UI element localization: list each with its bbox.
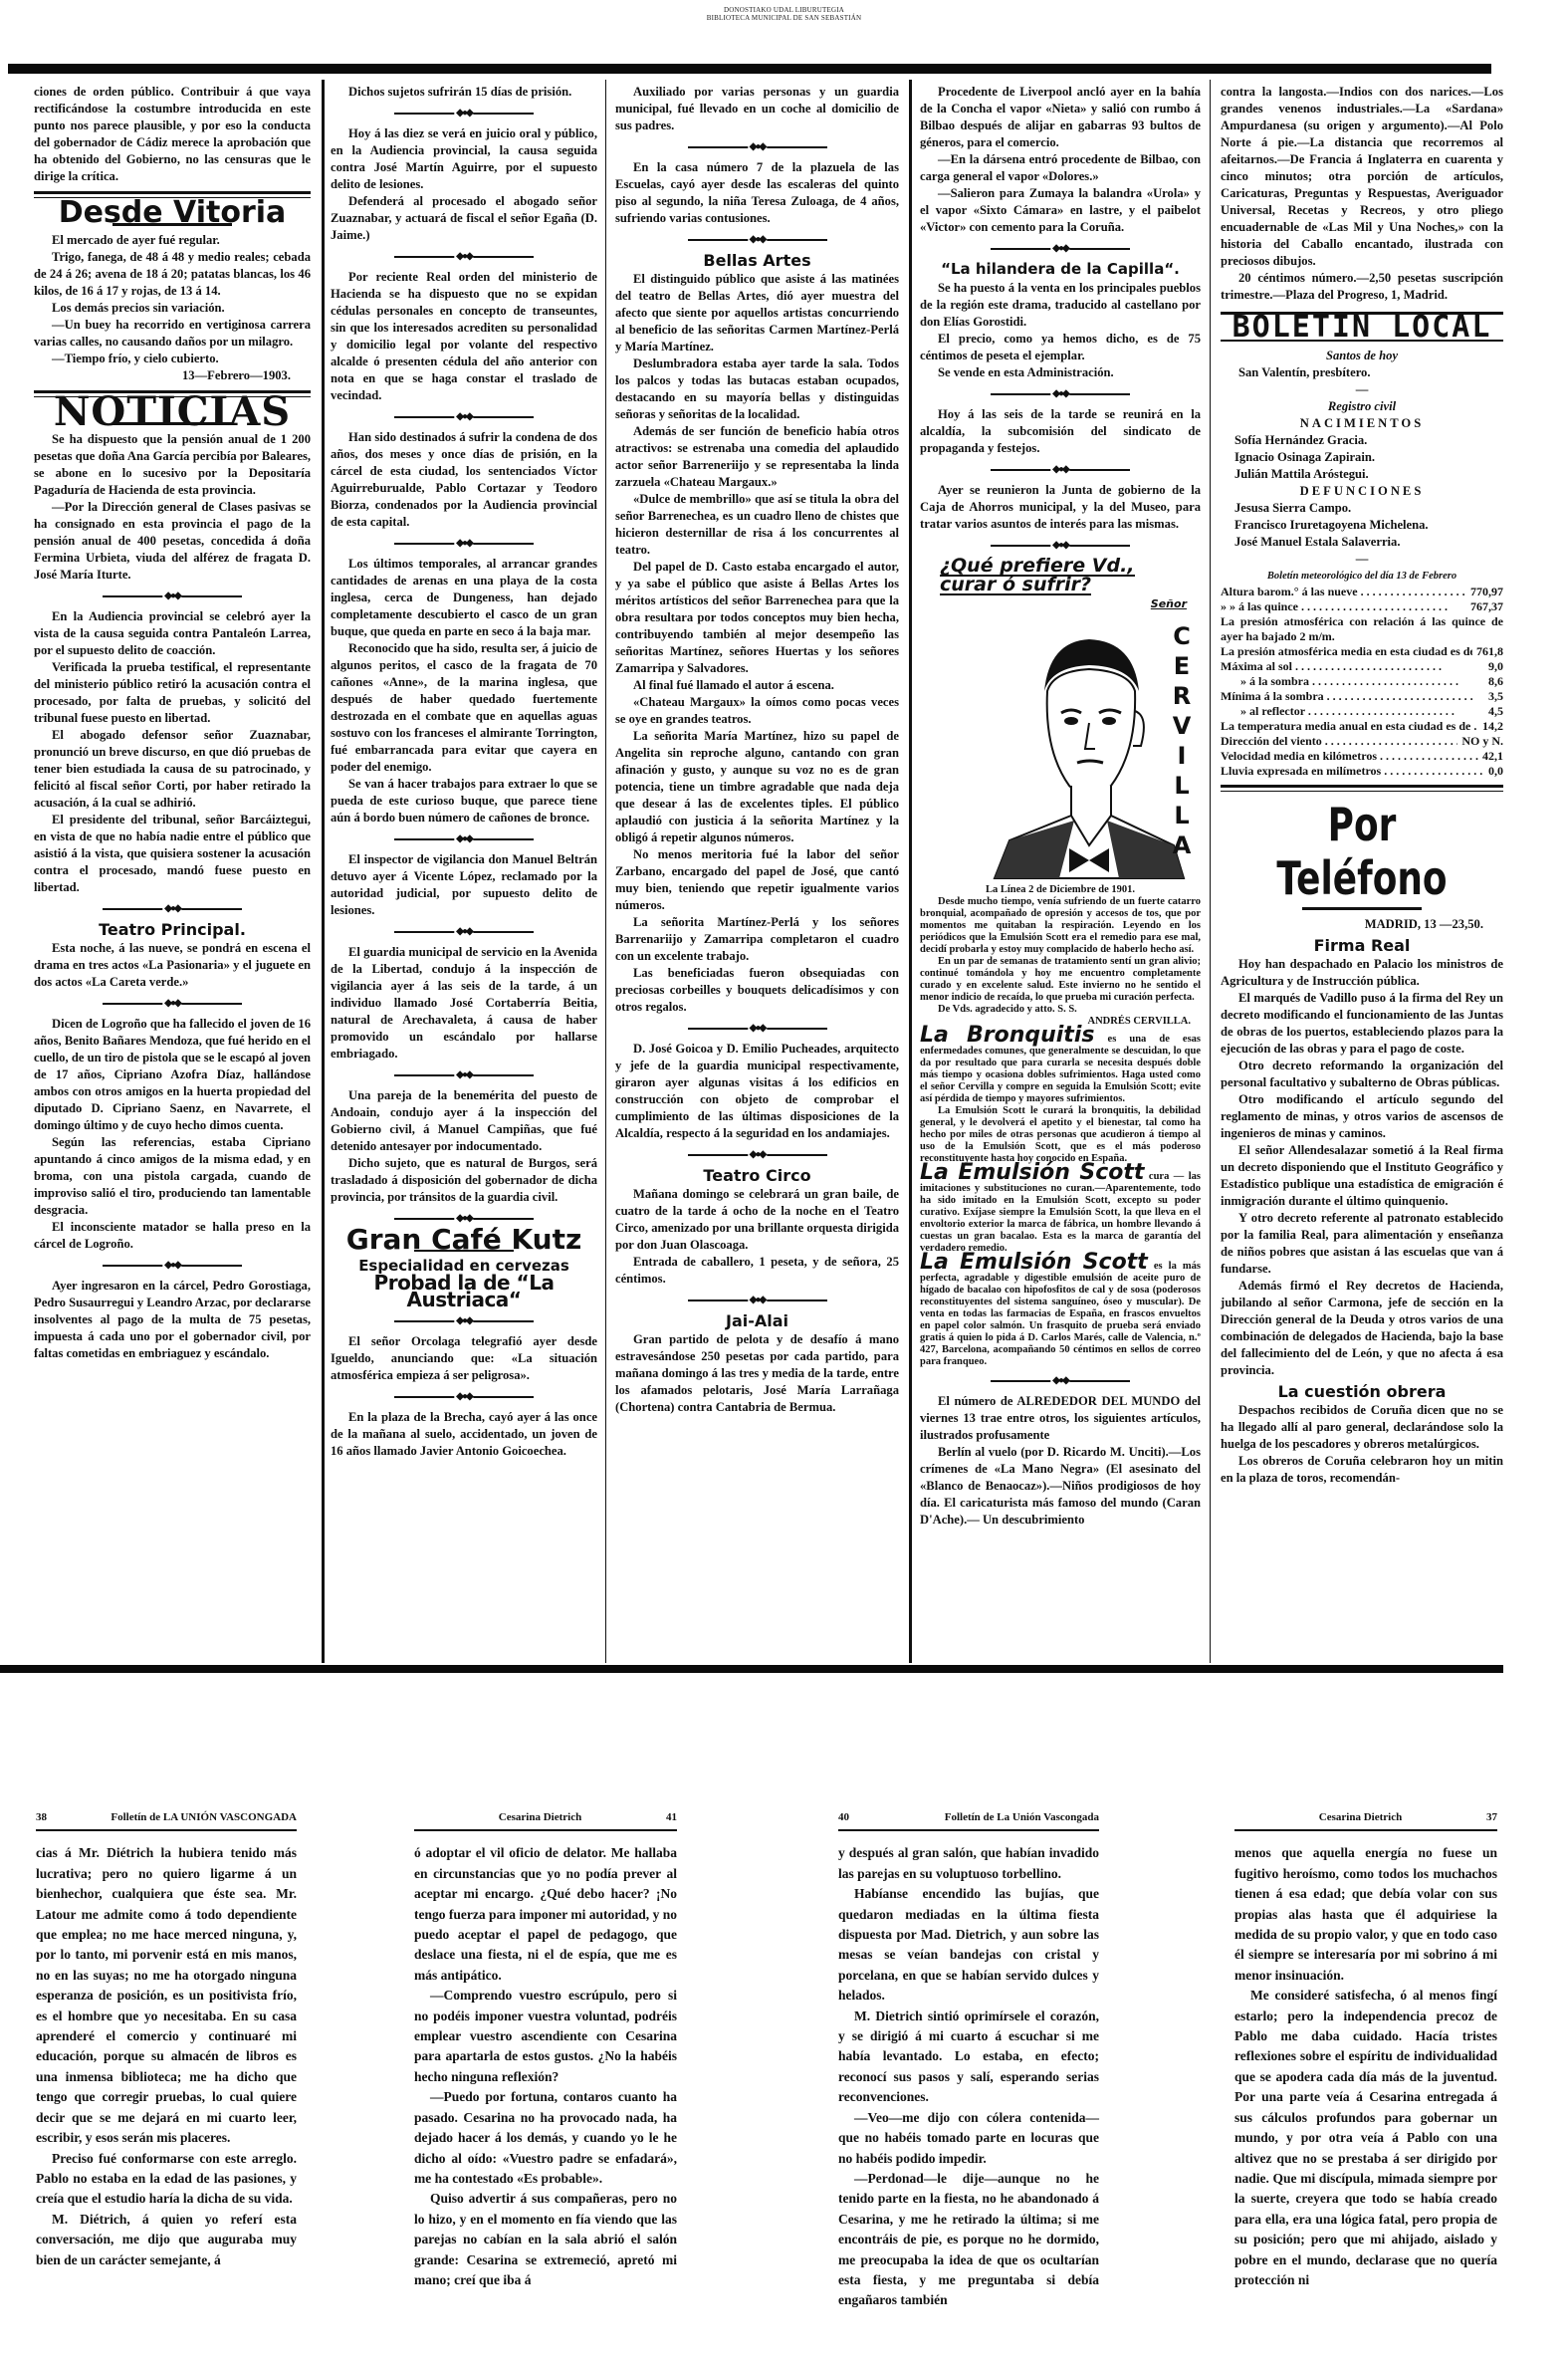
article-text: El distinguido público que asiste á las … [615, 271, 899, 355]
ad-scott-text: La Emulsión Scott le curará la bronquiti… [920, 1105, 1201, 1165]
column-5: contra la langosta.—Indios con dos naric… [1221, 84, 1503, 1487]
article-text: Dicho sujeto, que es natural de Burgos, … [331, 1155, 597, 1206]
meteo-label: La presión atmosférica con relación á la… [1221, 614, 1503, 643]
article-text: —Por la Dirección general de Clases pasi… [34, 499, 311, 584]
portrait-illustration-icon [990, 621, 1189, 880]
table-row: Mínima á la sombra3,5 [1221, 689, 1503, 704]
ornament-divider [394, 539, 534, 548]
novel-text: —Puedo por fortuna, contaros cuanto ha p… [414, 2087, 677, 2189]
ornament-divider [991, 1376, 1130, 1385]
table-row: La presión atmosférica media en esta ciu… [1221, 644, 1503, 659]
article-text: Verificada la prueba testifical, el repr… [34, 659, 311, 727]
article-text: Han sido destinados á sufrir la condena … [331, 429, 597, 531]
article-text: Mañana domingo se celebrará un gran bail… [615, 1186, 899, 1254]
ornament-divider [394, 252, 534, 261]
article-text: Otro modificando el artículo segundo del… [1221, 1091, 1503, 1142]
novel-text: M. Diétrich, á quien yo referí esta conv… [36, 2210, 297, 2270]
ornament-divider [394, 834, 534, 843]
article-text: Entrada de caballero, 1 peseta, y de señ… [615, 1254, 899, 1288]
ornament-divider [394, 1214, 534, 1223]
page-number: 40 [838, 1807, 849, 1827]
section-title-teatro-principal: Teatro Principal. [34, 921, 311, 938]
meteo-value: 767,37 [1466, 599, 1503, 614]
article-text: Una pareja de la benemérita del puesto d… [331, 1087, 597, 1155]
folletin-running-head: Cesarina Dietrich 37 [1234, 1807, 1497, 1831]
ornament-divider [103, 1261, 242, 1270]
list-item: Francisco Iruretagoyena Michelena. [1234, 517, 1503, 534]
article-text: Otro decreto reformando la organización … [1221, 1058, 1503, 1091]
section-title-hilandera: “La hilandera de la Capilla“. [920, 261, 1201, 278]
ornament-divider [991, 465, 1130, 474]
page-number: 41 [666, 1807, 677, 1827]
meteo-value: 4,5 [1484, 704, 1503, 719]
article-text: Hoy han despachado en Palacio los minist… [1221, 956, 1503, 990]
meteo-label: Dirección del viento [1221, 734, 1457, 749]
meteo-value: 3,5 [1484, 689, 1503, 704]
running-title: Cesarina Dietrich [414, 1807, 666, 1827]
article-text: Auxiliado por varias personas y un guard… [615, 84, 899, 134]
folletin-page-2: Cesarina Dietrich 41 ó adoptar el vil of… [414, 1807, 677, 2290]
article-text: Esta noche, á las nueve, se pondrá en es… [34, 940, 311, 991]
short-dash: — [1221, 551, 1503, 568]
article-text: Al final fué llamado el autor á escena. [615, 677, 899, 694]
section-title-firma-real: Firma Real [1221, 937, 1503, 954]
article-text: Dicen de Logroño que ha fallecido el jov… [34, 1016, 311, 1134]
meteo-label: La presión atmosférica media en esta ciu… [1221, 644, 1472, 659]
ornament-divider [103, 904, 242, 913]
ad-scott-block-1: La Emulsión Scott cura — las imitaciones… [920, 1167, 1201, 1255]
table-row: Altura barom.° á las nueve770,97 [1221, 585, 1503, 599]
meteo-title: Boletín meteorológico del día 13 de Febr… [1221, 568, 1503, 585]
nacimientos-label: NACIMIENTOS [1221, 415, 1503, 432]
ornament-divider [991, 389, 1130, 398]
meteo-label: Mínima á la sombra [1221, 689, 1484, 704]
article-text: El precio, como ya hemos dicho, es de 75… [920, 331, 1201, 364]
article-text: Los demás precios sin variación. [34, 300, 311, 317]
running-title: Folletín de La Unión Vascongada [945, 1807, 1099, 1827]
article-text: Hoy á las diez se verá en juicio oral y … [331, 125, 597, 193]
article-text: El inconsciente matador se halla preso e… [34, 1219, 311, 1253]
ornament-divider [103, 591, 242, 600]
ad-scott-block-2: La Emulsión Scott es la más perfecta, ag… [920, 1257, 1201, 1368]
name-letter: E [1167, 651, 1197, 681]
article-text: La señorita María Martínez, hizo su pape… [615, 728, 899, 846]
ornament-divider [688, 1024, 827, 1033]
column-3: Auxiliado por varias personas y un guard… [615, 84, 899, 1416]
article-text: Se vende en esta Administración. [920, 364, 1201, 381]
ad-scott-title: La Emulsión Scott [920, 1250, 1148, 1275]
article-text: El guardia municipal de servicio en la A… [331, 944, 597, 1063]
ad-testimonial: Desde mucho tiempo, venía sufriendo de u… [920, 896, 1201, 956]
library-stamp-basque: DONOSTIAKO UDAL LIBURUTEGIA [0, 6, 1568, 14]
article-text: El número de ALREDEDOR DEL MUNDO del vie… [920, 1393, 1201, 1444]
table-row: Dirección del vientoNO y N. [1221, 734, 1503, 749]
ornament-divider [394, 1392, 534, 1401]
article-text: Además firmó el Rey decretos de Hacienda… [1221, 1278, 1503, 1379]
article-text: Ayer se reunieron la Junta de gobierno d… [920, 482, 1201, 533]
title-underline [1302, 907, 1422, 910]
table-row: » » á las quince767,37 [1221, 599, 1503, 614]
column-divider [909, 80, 912, 1663]
nacimientos-list: Sofía Hernández Gracia. Ignacio Osinaga … [1221, 432, 1503, 483]
ad-scott-text-1: cura — las imitaciones y substituciones … [920, 1171, 1201, 1254]
article-text: Defenderá al procesado el abogado señor … [331, 193, 597, 244]
table-row: La presión atmosférica con relación á la… [1221, 614, 1503, 644]
meteo-label: Lluvia expresada en milímetros [1221, 764, 1484, 779]
article-text: —Tiempo frío, y cielo cubierto. [34, 351, 311, 367]
ornament-divider [394, 1316, 534, 1325]
telegram-dateline: MADRID, 13 —23,50. [1221, 916, 1503, 933]
article-text: No menos meritoria fué la labor del seño… [615, 846, 899, 914]
novel-text: —Comprendo vuestro escrúpulo, pero si no… [414, 1986, 677, 2087]
bottom-page-rule [0, 1665, 1503, 1673]
list-item: Ignacio Osinaga Zapirain. [1234, 449, 1503, 466]
article-text: Reconocido que ha sido, resulta ser, á j… [331, 640, 597, 776]
article-text: Dichos sujetos sufrirán 15 días de prisi… [331, 84, 597, 101]
ad-bronquitis-title: La Bronquitis [920, 1023, 1094, 1048]
meteo-value: 8,6 [1484, 674, 1503, 689]
list-item: Julián Mattila Aróstegui. [1234, 466, 1503, 483]
meteo-value: 761,8 [1472, 644, 1503, 659]
article-text: Despachos recibidos de Coruña dicen que … [1221, 1402, 1503, 1453]
table-row: Máxima al sol9,0 [1221, 659, 1503, 674]
article-text: Los obreros de Coruña celebraron hoy un … [1221, 1453, 1503, 1487]
library-stamp-spanish: BIBLIOTECA MUNICIPAL DE SAN SEBASTIÁN [0, 14, 1568, 22]
name-letter: L [1167, 801, 1197, 830]
article-text: contra la langosta.—Indios con dos naric… [1221, 84, 1503, 270]
article-text: Además de ser función de beneficio había… [615, 423, 899, 491]
novel-text: Me consideré satisfecha, ó al menos fing… [1234, 1986, 1497, 2290]
article-text: Del papel de D. Casto estaba encargado e… [615, 559, 899, 677]
folletin-running-head: Cesarina Dietrich 41 [414, 1807, 677, 1831]
page-number: 37 [1486, 1807, 1497, 1827]
defunciones-label: DEFUNCIONES [1221, 483, 1503, 500]
ad-slogan: Probad la de “La Austriaca“ [331, 1275, 597, 1308]
meteo-label: » al reflector [1221, 704, 1484, 719]
ornament-divider [103, 999, 242, 1008]
ornament-divider [991, 244, 1130, 253]
article-text: Los últimos temporales, al arrancar gran… [331, 556, 597, 640]
article-text: Deslumbradora estaba ayer tarde la sala.… [615, 355, 899, 423]
meteo-label: » » á las quince [1221, 599, 1466, 614]
article-text: Se ha puesto á la venta en los principal… [920, 280, 1201, 331]
defunciones-list: Jesusa Sierra Campo. Francisco Iruretago… [1221, 500, 1503, 551]
section-title-desde-vitoria: Desde Vitoria [34, 204, 311, 221]
ad-bronquitis-block: La Bronquitis es una de esas enfermedade… [920, 1030, 1201, 1105]
ad-scott-title: La Emulsión Scott [920, 1160, 1144, 1185]
article-text: Se ha dispuesto que la pensión anual de … [34, 431, 311, 499]
ornament-divider [394, 927, 534, 936]
article-text: «Dulce de membrillo» que así se titula l… [615, 491, 899, 559]
ornament-divider [688, 235, 827, 244]
ad-title: Gran Café Kutz [331, 1231, 597, 1248]
name-letter: V [1167, 711, 1197, 741]
article-text: El señor Orcolaga telegrafió ayer desde … [331, 1333, 597, 1384]
article-text: Según las referencias, estaba Cipriano a… [34, 1134, 311, 1219]
meteo-value: 9,0 [1484, 659, 1503, 674]
meteo-label: Velocidad media en kilómetros [1221, 749, 1478, 764]
list-item: José Manuel Estala Salaverria. [1234, 534, 1503, 551]
article-text: Las beneficiadas fueron obsequiadas con … [615, 965, 899, 1016]
folletin-running-head: 40 Folletín de La Unión Vascongada [838, 1807, 1099, 1831]
article-text: Y otro decreto referente al patronato es… [1221, 1210, 1503, 1278]
ad-senor-label: Señor [1151, 595, 1187, 612]
article-text: ciones de orden público. Contribuir á qu… [34, 84, 311, 185]
ornament-divider [688, 1296, 827, 1304]
table-row: Lluvia expresada en milímetros0,0 [1221, 764, 1503, 779]
novel-text: menos que aquella energía no fuese un fu… [1234, 1843, 1497, 1986]
advertisement-gran-cafe-kutz: Gran Café Kutz Especialidad en cervezas … [331, 1231, 597, 1308]
article-text: Trigo, fanega, de 48 á 48 y medio reales… [34, 249, 311, 300]
registro-label: Registro civil [1221, 398, 1503, 415]
article-text: Ayer ingresaron en la cárcel, Pedro Goro… [34, 1278, 311, 1362]
name-letter: L [1167, 771, 1197, 801]
article-text: El señor Allendesalazar sometió á la Rea… [1221, 1142, 1503, 1210]
section-title-por-telefono: Por Teléfono [1251, 798, 1472, 905]
article-text: Berlín al vuelo (por D. Ricardo M. Uncit… [920, 1444, 1201, 1529]
library-stamp: DONOSTIAKO UDAL LIBURUTEGIA BIBLIOTECA M… [0, 6, 1568, 22]
name-letter: I [1167, 741, 1197, 771]
page-number: 38 [36, 1807, 47, 1827]
novel-text: y después al gran salón, que habían inva… [838, 1843, 1099, 1884]
top-page-rule [8, 64, 1491, 74]
column-divider [1210, 80, 1211, 1663]
folletin-page-3: 40 Folletín de La Unión Vascongada y des… [838, 1807, 1099, 2311]
name-letter: R [1167, 681, 1197, 711]
meteo-value: 14,2 [1478, 719, 1503, 734]
ornament-divider [688, 142, 827, 151]
meteo-value: NO y N. [1457, 734, 1503, 749]
ad-vertical-name: C E R V I L L A [1167, 621, 1197, 860]
ornament-divider [394, 412, 534, 421]
novel-text: cias á Mr. Diétrich la hubiera tenido má… [36, 1843, 297, 2148]
article-text: 20 céntimos número.—2,50 pesetas suscrip… [1221, 270, 1503, 304]
section-title-boletin-local: BOLETIN LOCAL [1221, 319, 1503, 336]
meteo-table: Altura barom.° á las nueve770,97 » » á l… [1221, 585, 1503, 779]
novel-text: M. Dietrich sintió oprimírsele el corazó… [838, 2007, 1099, 2108]
article-text: Hoy á las seis de la tarde se reunirá en… [920, 406, 1201, 457]
section-rule [1221, 785, 1503, 792]
folletin-running-head: 38 Folletín de LA UNIÓN VASCONGADA [36, 1807, 297, 1831]
ornament-divider [394, 1070, 534, 1079]
column-4: Procedente de Liverpool ancló ayer en la… [920, 84, 1201, 1529]
article-text: La señorita Martínez-Perlá y los señores… [615, 914, 899, 965]
article-text: En la Audiencia provincial se celebró ay… [34, 608, 311, 659]
short-dash: — [1221, 381, 1503, 398]
ad-closing: De Vds. agradecido y atto. S. S. [920, 1004, 1201, 1016]
article-text: D. José Goicoa y D. Emilio Pucheades, ar… [615, 1041, 899, 1142]
santos-label: Santos de hoy [1221, 348, 1503, 364]
column-2: Dichos sujetos sufrirán 15 días de prisi… [331, 84, 597, 1460]
article-text: El presidente del tribunal, señor Barcái… [34, 812, 311, 896]
list-item: Jesusa Sierra Campo. [1234, 500, 1503, 517]
article-text: Por reciente Real orden del ministerio d… [331, 269, 597, 404]
running-title: Cesarina Dietrich [1234, 1807, 1486, 1827]
article-text: El inspector de vigilancia don Manuel Be… [331, 851, 597, 919]
article-text: Procedente de Liverpool ancló ayer en la… [920, 84, 1201, 151]
article-text: —En la dársena entró procedente de Bilba… [920, 151, 1201, 185]
article-text: Gran partido de pelota y de desafío á ma… [615, 1331, 899, 1416]
novel-text: Preciso fué conformarse con este arreglo… [36, 2149, 297, 2210]
meteo-label: Máxima al sol [1221, 659, 1484, 674]
ad-testimonial: En un par de semanas de tratamiento sent… [920, 956, 1201, 1004]
novel-text: —Veo—me dijo con cólera contenida—que no… [838, 2108, 1099, 2169]
ad-scott-text-2: es la más perfecta, agradable y digestib… [920, 1261, 1201, 1367]
santos-value: San Valentín, presbítero. [1221, 364, 1503, 381]
novel-text: —Perdonad—le dije—aunque no he tenido pa… [838, 2169, 1099, 2311]
article-text: «Chateau Margaux» la oímos como pocas ve… [615, 694, 899, 728]
section-title-jai-alai: Jai-Alai [615, 1312, 899, 1329]
ornament-divider [991, 541, 1130, 550]
section-title-cuestion-obrera: La cuestión obrera [1221, 1383, 1503, 1400]
section-title-bellas-artes: Bellas Artes [615, 252, 899, 269]
article-date: 13—Febrero—1903. [34, 367, 311, 384]
column-divider [322, 80, 325, 1663]
novel-text: Habíanse encendido las bujías, que queda… [838, 1884, 1099, 2006]
folletin-page-4: Cesarina Dietrich 37 menos que aquella e… [1234, 1807, 1497, 2290]
ornament-divider [394, 109, 534, 118]
name-letter: A [1167, 830, 1197, 860]
ornament-divider [688, 1150, 827, 1159]
novel-text: ó adoptar el vil oficio de delator. Me h… [414, 1843, 677, 1986]
table-row: La temperatura media anual en esta ciuda… [1221, 719, 1503, 734]
meteo-label: » á la sombra [1221, 674, 1484, 689]
ad-headline-line2: curar ó sufrir? [940, 577, 1091, 595]
article-text: —Salieron para Zumaya la balandra «Urola… [920, 185, 1201, 236]
column-1: ciones de orden público. Contribuir á qu… [34, 84, 311, 1362]
section-title-teatro-circo: Teatro Circo [615, 1167, 899, 1184]
name-letter: C [1167, 621, 1197, 651]
list-item: Sofía Hernández Gracia. [1234, 432, 1503, 449]
article-text: En la plaza de la Brecha, cayó ayer á la… [331, 1409, 597, 1460]
article-text: Se van á hacer trabajos para extraer lo … [331, 776, 597, 827]
folletin-page-1: 38 Folletín de LA UNIÓN VASCONGADA cias … [36, 1807, 297, 2270]
column-divider [605, 80, 606, 1663]
novel-text: Quiso advertir á sus compañeras, pero no… [414, 2189, 677, 2290]
table-row: » al reflector4,5 [1221, 704, 1503, 719]
meteo-value: 770,97 [1466, 585, 1503, 599]
meteo-value: 42,1 [1478, 749, 1503, 764]
ad-dateline: La Línea 2 de Diciembre de 1901. [920, 884, 1201, 896]
advertisement-emulsion-scott: ¿Qué prefiere Vd., curar ó sufrir? Señor [920, 558, 1201, 1368]
article-text: El marqués de Vadillo puso á la firma de… [1221, 990, 1503, 1058]
section-title-noticias: NOTICIAS [34, 403, 311, 420]
meteo-label: Altura barom.° á las nueve [1221, 585, 1466, 599]
running-title: Folletín de LA UNIÓN VASCONGADA [111, 1807, 297, 1827]
article-text: El abogado defensor señor Zuaznabar, pro… [34, 727, 311, 812]
table-row: Velocidad media en kilómetros42,1 [1221, 749, 1503, 764]
meteo-label: La temperatura media anual en esta ciuda… [1221, 719, 1478, 734]
table-row: » á la sombra8,6 [1221, 674, 1503, 689]
meteo-value: 0,0 [1484, 764, 1503, 779]
article-text: El mercado de ayer fué regular. [34, 232, 311, 249]
article-text: En la casa número 7 de la plazuela de la… [615, 159, 899, 227]
article-text: —Un buey ha recorrido en vertiginosa car… [34, 317, 311, 351]
